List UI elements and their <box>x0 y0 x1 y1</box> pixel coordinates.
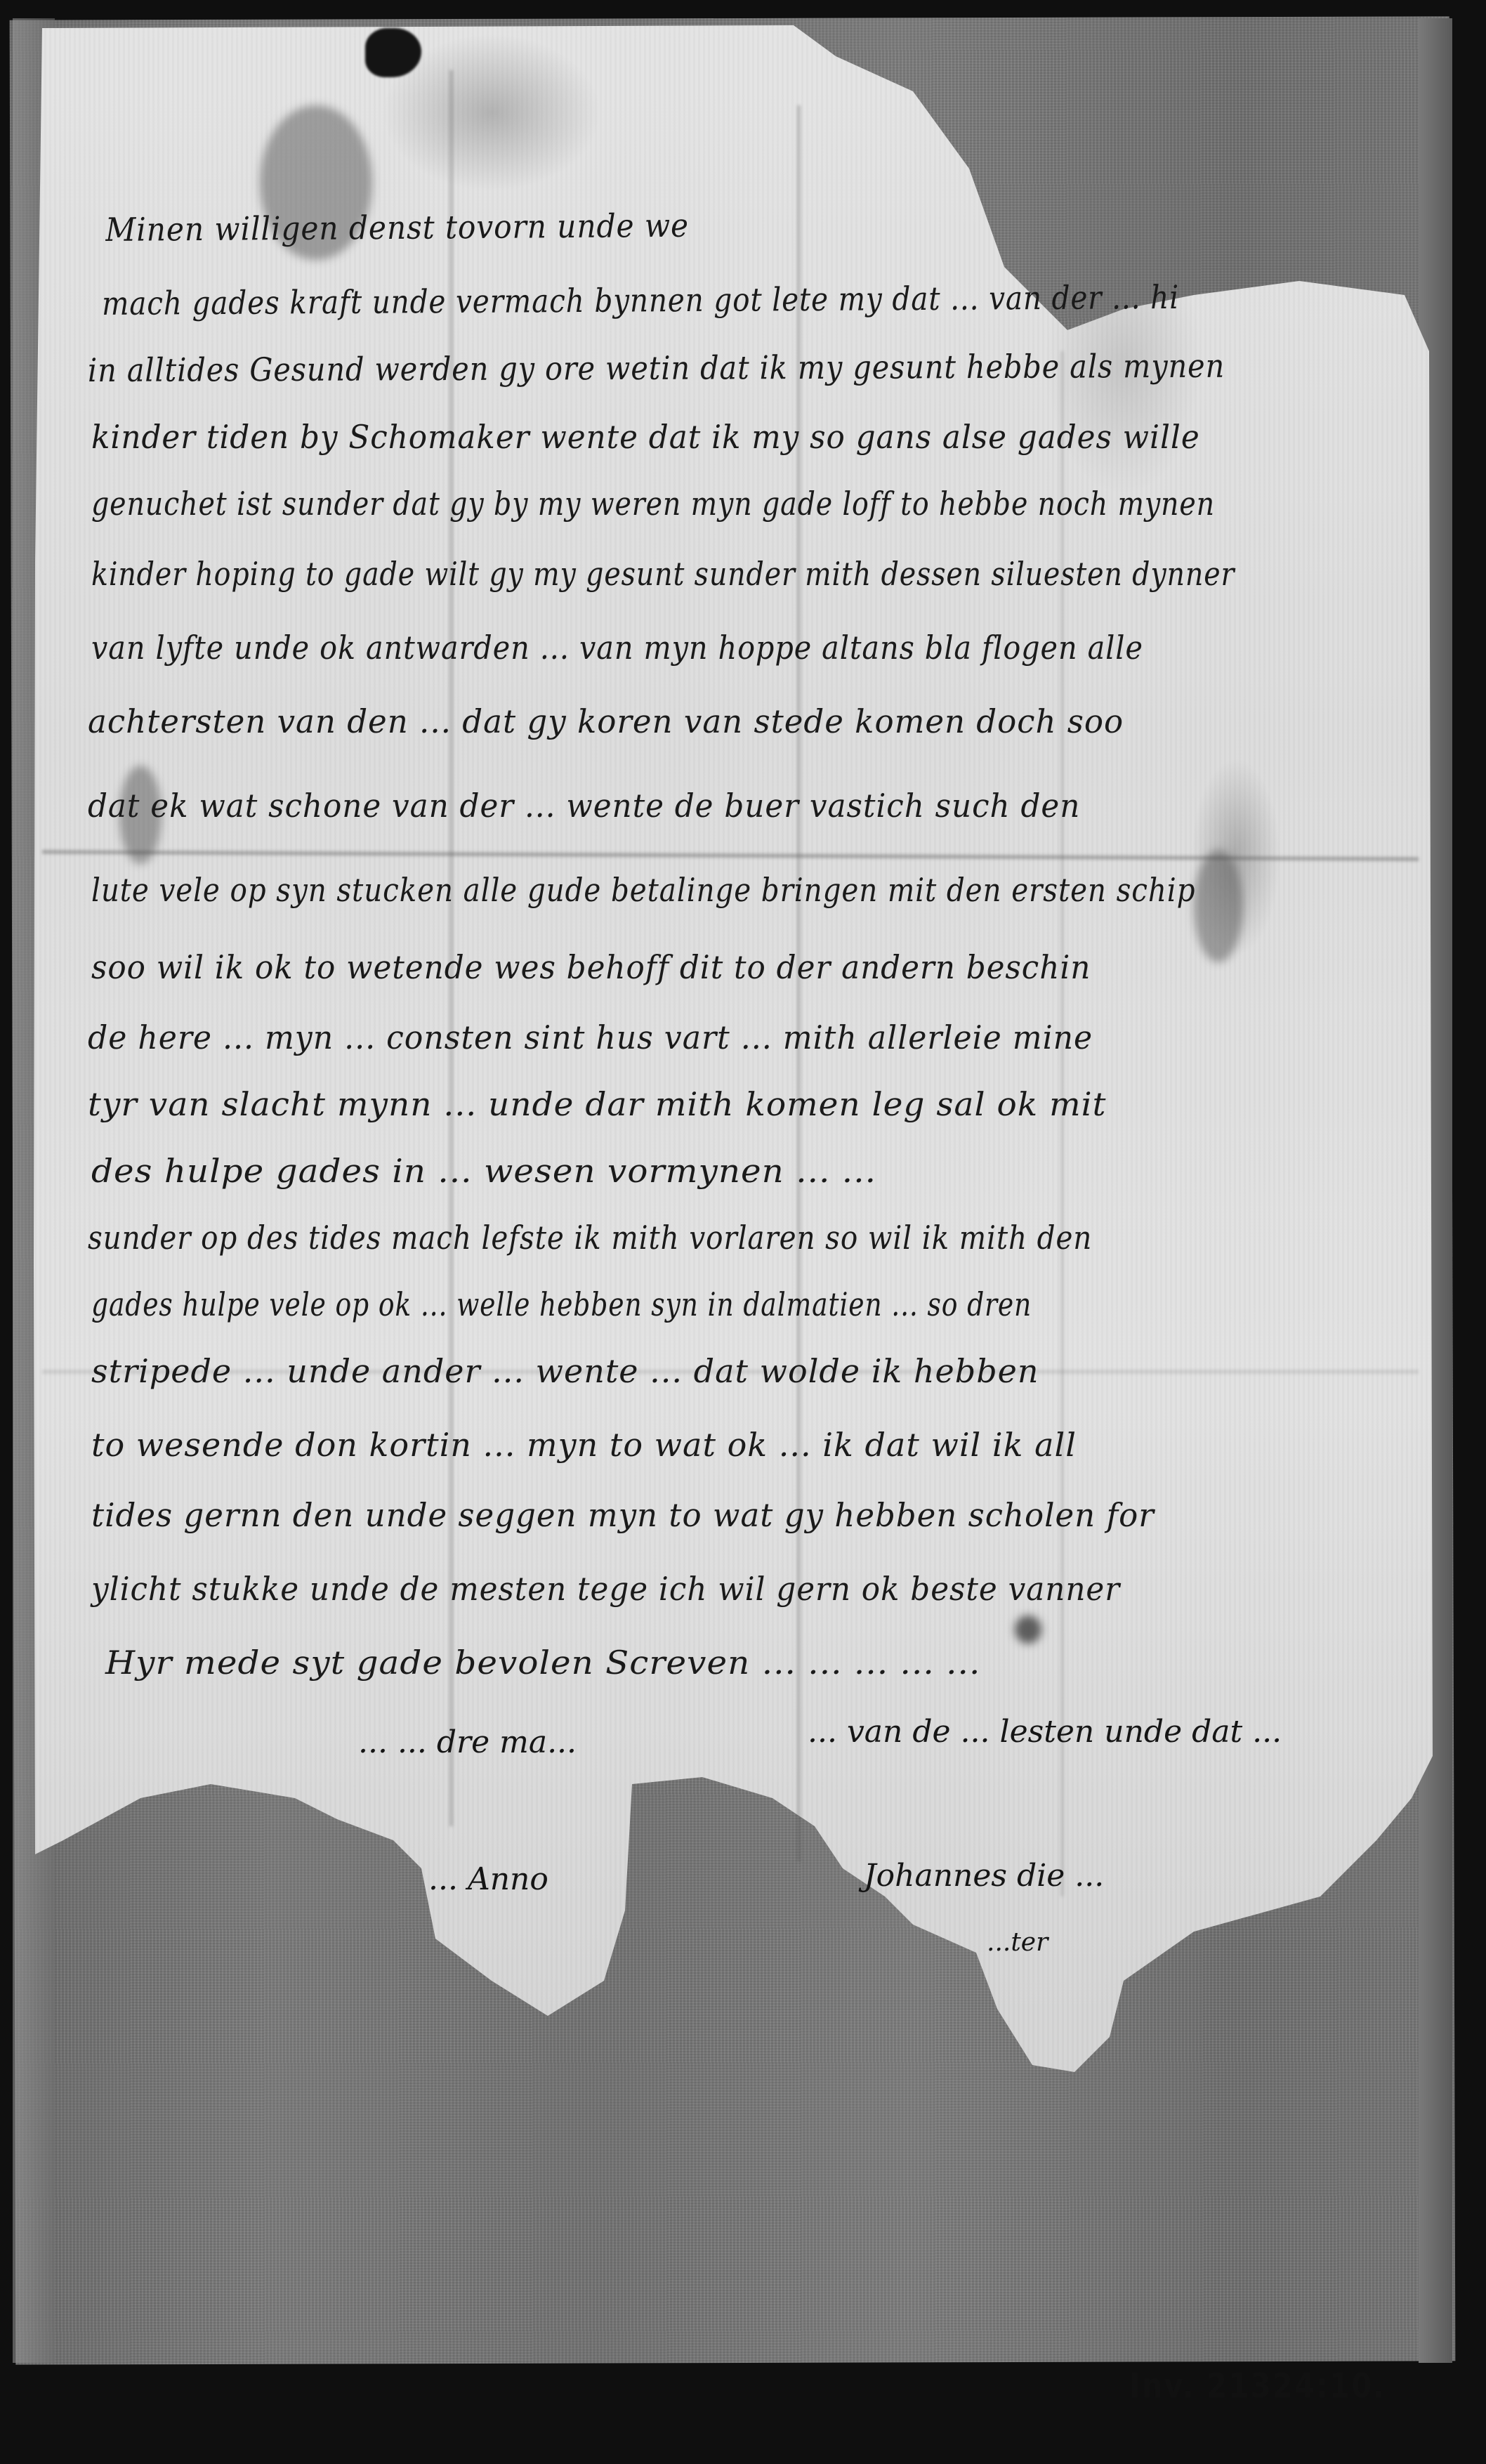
text-line: de here ... myn ... consten sint hus var… <box>88 1018 1093 1056</box>
text-line: soo wil ik ok to wetende wes behoff dit … <box>91 948 1091 986</box>
text-line: stripede ... unde ander ... wente ... da… <box>91 1352 1039 1390</box>
text-line: kinder hoping to gade wilt gy my gesunt … <box>91 555 1235 593</box>
text-line: van lyfte unde ok antwarden ... van myn … <box>91 629 1143 667</box>
text-line: genuchet ist sunder dat gy by my weren m… <box>91 485 1215 523</box>
signature-left: ... Anno <box>428 1861 548 1897</box>
signature-lower: ...ter <box>987 1928 1048 1957</box>
text-line: tides gernn den unde seggen myn to wat g… <box>91 1496 1155 1534</box>
text-line: ylicht stukke unde de mesten tege ich wi… <box>91 1570 1120 1608</box>
text-line: kinder tiden by Schomaker wente dat ik m… <box>91 418 1200 456</box>
text-line: des hulpe gades in ... wesen vormynen ..… <box>91 1152 876 1190</box>
text-line: achtersten van den ... dat gy koren van … <box>88 702 1124 740</box>
torn-line-fragment: ... ... dre ma... <box>358 1724 577 1760</box>
water-stain <box>1015 1616 1041 1644</box>
torn-line-fragment: ... van de ... lesten unde dat ... <box>808 1714 1282 1750</box>
text-line: dat ek wat schone van der ... wente de b… <box>88 787 1080 825</box>
text-line: lute vele op syn stucken alle gude betal… <box>91 871 1195 909</box>
text-line: Hyr mede syt gade bevolen Screven ... ..… <box>105 1644 980 1682</box>
water-stain <box>1194 850 1243 962</box>
signature-right: Johannes die ... <box>864 1858 1104 1894</box>
text-line: sunder op des tides mach lefste ik mith … <box>88 1219 1092 1257</box>
text-line: in alltides Gesund werden gy ore wetin d… <box>88 347 1225 389</box>
inventory-number: Inv. 21324:10. <box>1129 2366 1386 2405</box>
text-line: Minen willigen denst tovorn unde wes ik … <box>105 207 687 249</box>
text-line: mach gades kraft unde vermach bynnen got… <box>102 278 1179 322</box>
text-line: gades hulpe vele op ok ... welle hebben … <box>91 1285 1032 1323</box>
text-line: to wesende don kortin ... myn to wat ok … <box>91 1426 1077 1464</box>
text-line: tyr van slacht mynn ... unde dar mith ko… <box>88 1085 1107 1123</box>
